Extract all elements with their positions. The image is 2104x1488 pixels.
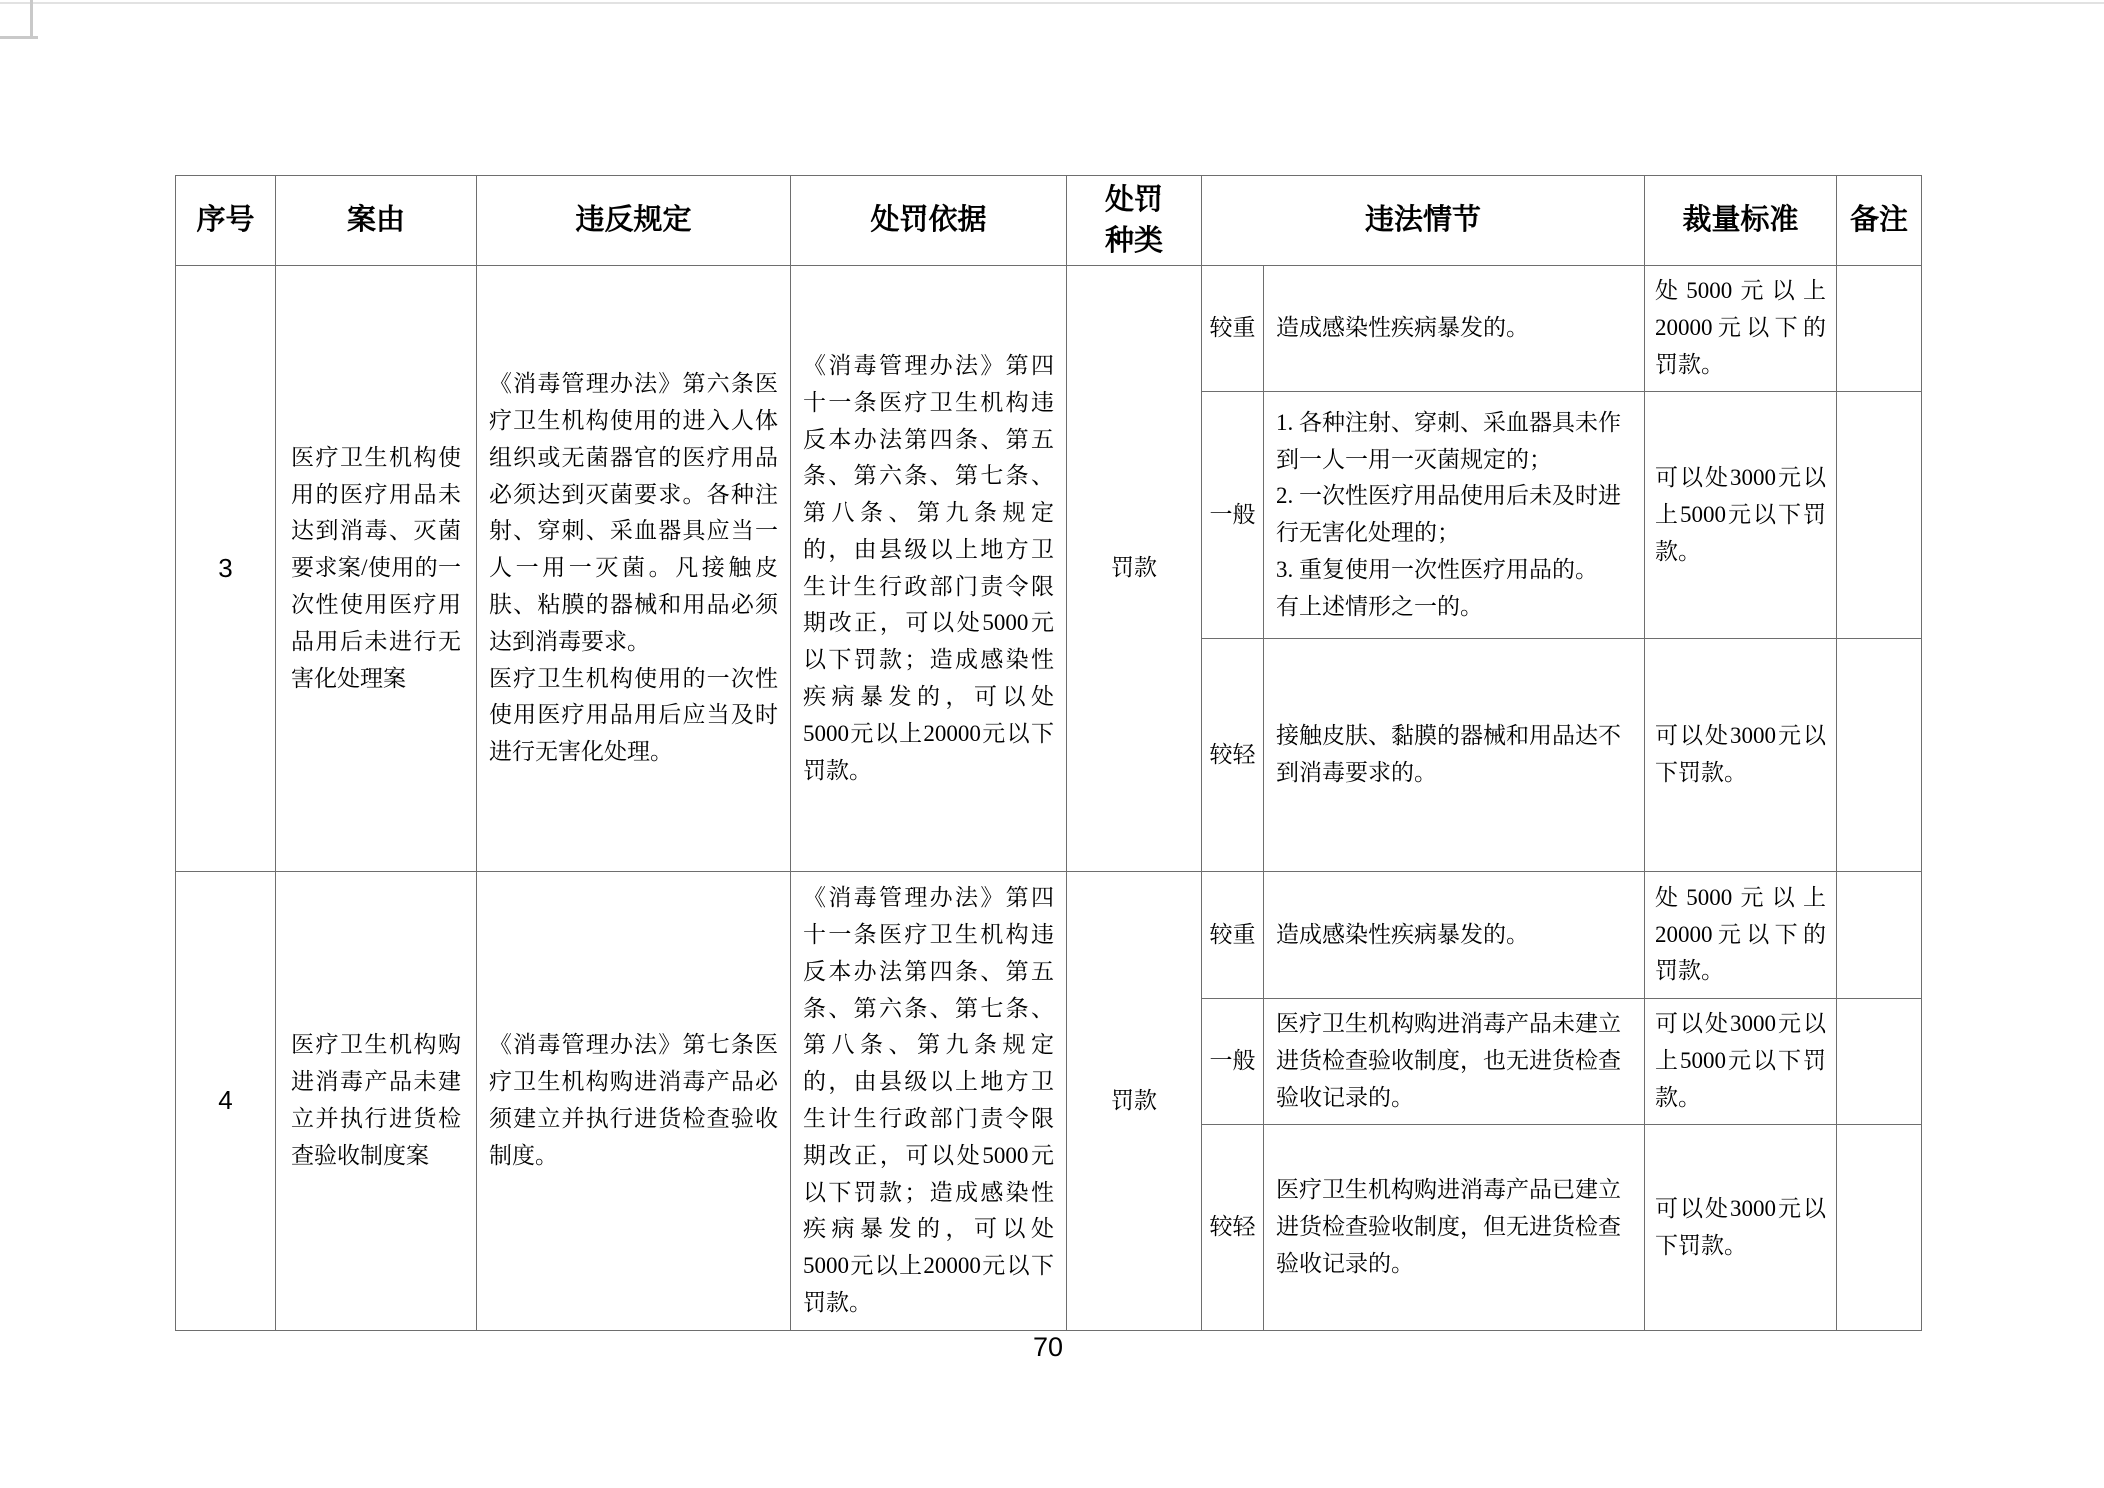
severity-label: 较轻 [1202,639,1264,872]
remark-cell [1837,639,1922,872]
circumstance-text: 1. 各种注射、穿刺、采血器具未作到一人一用一灭菌规定的； 2. 一次性医疗用品… [1264,392,1645,639]
severity-label: 较重 [1202,266,1264,392]
col-header-cause: 案由 [276,176,477,266]
case-cause: 医疗卫生机构使用的医疗用品未达到消毒、灭菌要求案/使用的一次性使用医疗用品用后未… [276,266,477,872]
standard-text: 可以处3000元以上5000元以下罚款。 [1645,392,1837,639]
case-3-subrow-heavier: 3 医疗卫生机构使用的医疗用品未达到消毒、灭菌要求案/使用的一次性使用医疗用品用… [176,266,1922,392]
case-index: 3 [176,266,276,872]
circumstance-text: 医疗卫生机构购进消毒产品已建立进货检查验收制度，但无进货检查验收记录的。 [1264,1125,1645,1330]
col-header-standard: 裁量标准 [1645,176,1837,266]
case-4-subrow-heavier: 4 医疗卫生机构购进消毒产品未建立并执行进货检查验收制度案 《消毒管理办法》第七… [176,872,1922,999]
severity-label: 较重 [1202,872,1264,999]
case-penalty-type: 罚款 [1067,872,1202,1331]
header-row: 序号 案由 违反规定 处罚依据 处罚 种类 违法情节 裁量标准 备注 [176,176,1922,266]
col-header-remarks: 备注 [1837,176,1922,266]
circumstance-text: 接触皮肤、黏膜的器械和用品达不到消毒要求的。 [1264,639,1645,872]
case-basis: 《消毒管理办法》第四十一条医疗卫生机构违反本办法第四条、第五条、第六条、第七条、… [791,872,1067,1331]
col-header-index: 序号 [176,176,276,266]
remark-cell [1837,392,1922,639]
circumstance-text: 造成感染性疾病暴发的。 [1264,872,1645,999]
page-number: 70 [175,1332,1921,1363]
standard-text: 可以处3000元以下罚款。 [1645,639,1837,872]
circumstance-text: 造成感染性疾病暴发的。 [1264,266,1645,392]
standard-text: 处5000元以上20000元以下的罚款。 [1645,266,1837,392]
standard-text: 可以处3000元以下罚款。 [1645,1125,1837,1330]
severity-label: 较轻 [1202,1125,1264,1330]
case-violation: 《消毒管理办法》第六条医疗卫生机构使用的进入人体组织或无菌器官的医疗用品必须达到… [477,266,791,872]
severity-label: 一般 [1202,392,1264,639]
remark-cell [1837,266,1922,392]
page-top-edge [0,2,2104,4]
case-penalty-type: 罚款 [1067,266,1202,872]
case-violation: 《消毒管理办法》第七条医疗卫生机构购进消毒产品必须建立并执行进货检查验收制度。 [477,872,791,1331]
circumstance-text: 医疗卫生机构购进消毒产品未建立进货检查验收制度，也无进货检查验收记录的。 [1264,998,1645,1125]
col-header-violation: 违反规定 [477,176,791,266]
severity-label: 一般 [1202,998,1264,1125]
remark-cell [1837,872,1922,999]
remark-cell [1837,1125,1922,1330]
case-basis: 《消毒管理办法》第四十一条医疗卫生机构违反本办法第四条、第五条、第六条、第七条、… [791,266,1067,872]
case-cause: 医疗卫生机构购进消毒产品未建立并执行进货检查验收制度案 [276,872,477,1331]
col-header-penalty-type: 处罚 种类 [1067,176,1202,266]
page-corner-mark-vertical [30,0,33,38]
col-header-basis: 处罚依据 [791,176,1067,266]
remark-cell [1837,998,1922,1125]
case-index: 4 [176,872,276,1331]
standard-text: 可以处3000元以上5000元以下罚款。 [1645,998,1837,1125]
page-corner-mark-horizontal [0,36,38,39]
penalty-discretion-table: 序号 案由 违反规定 处罚依据 处罚 种类 违法情节 裁量标准 备注 3 医疗卫… [175,175,1922,1331]
col-header-circumstances: 违法情节 [1202,176,1645,266]
standard-text: 处5000元以上20000元以下的罚款。 [1645,872,1837,999]
